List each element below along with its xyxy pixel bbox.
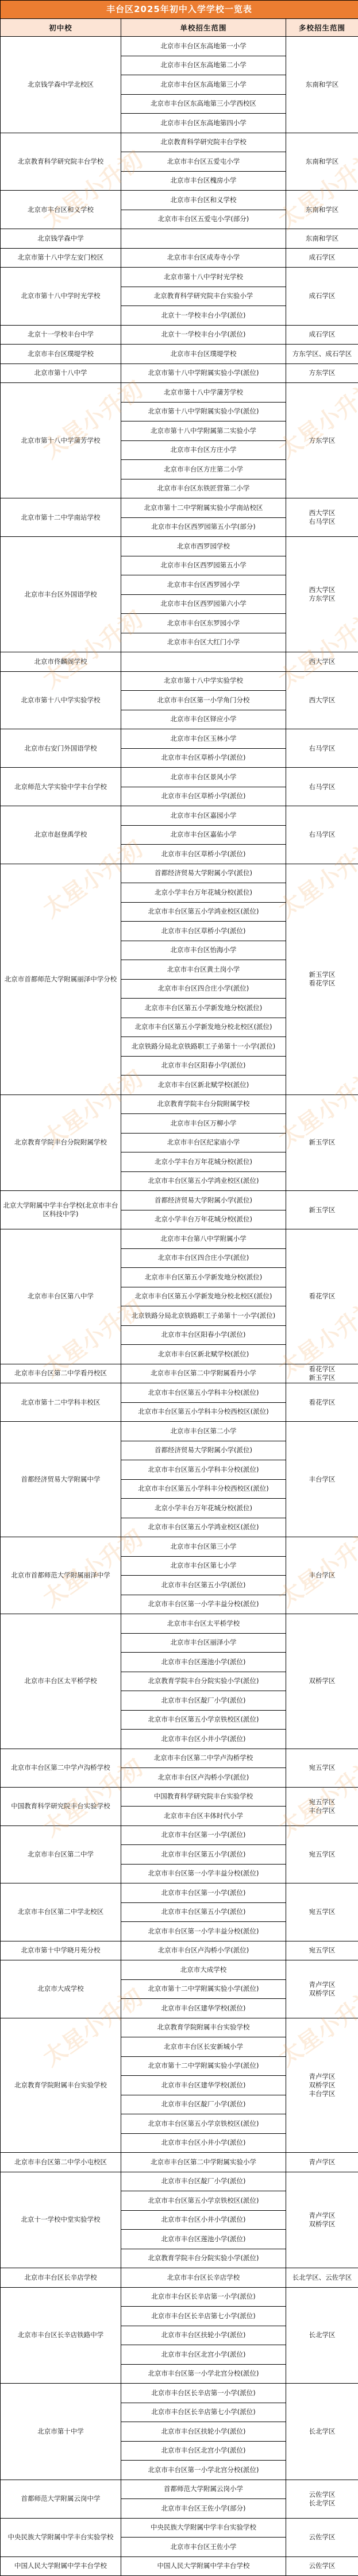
single-school-range-cell: 北京市丰台区卢沟桥小学(派位) (121, 1768, 286, 1788)
multi-school-range-cell: 云佐学区 长北学区 (286, 2480, 358, 2518)
multi-school-range-cell: 方东学区、成石学区 (286, 345, 358, 364)
single-school-range-cell: 北京市丰台区新北赋学校(派位) (121, 1076, 286, 1095)
multi-school-range-cell: 青卢学区 双桥学区 (286, 1960, 358, 2018)
middle-school-cell: 北京师范大学实验中学丰台学校 (1, 768, 121, 806)
single-school-range-cell: 北京市丰台区第五小学鸿业校区(派位) (121, 1171, 286, 1191)
single-school-range-cell: 北京市丰台区草桥小学(派位) (121, 922, 286, 941)
multi-school-range-cell: 长北学区 (286, 2287, 358, 2384)
table-row: 北京市佟麟阁学校西大学区 (1, 652, 358, 672)
single-school-range-cell: 北京市丰台区建华学校(派位) (121, 2076, 286, 2095)
header-single-school-range: 单校招生范围 (121, 19, 286, 37)
table-row: 北京市大成学校北京市大成学校青卢学区 双桥学区 (1, 1960, 358, 1980)
single-school-range-cell: 北京市丰台区铎应小学 (121, 710, 286, 729)
table-row: 北京钱学森中学北校区北京市丰台区东高地第一小学东南和学区 (1, 37, 358, 56)
multi-school-range-cell: 宛五学区 (286, 1883, 358, 1941)
single-school-range-cell: 北京教育科学研究院丰台学校 (121, 133, 286, 152)
single-school-range-cell: 北京市丰台区东高地第一小学 (121, 37, 286, 56)
table-row: 北京市右安门外国语学校北京市丰台区玉林小学右马学区 (1, 729, 358, 749)
middle-school-cell: 北京市丰台区第二中学卢沟桥学校 (1, 1749, 121, 1787)
single-school-range-cell: 北京市丰台区景风小学 (121, 768, 286, 787)
single-school-range-cell: 北京小学丰台万年花城分校(派位) (121, 883, 286, 903)
single-school-range-cell: 北京市丰台区第五小学科丰分校西校区(派位) (121, 1479, 286, 1499)
multi-school-range-cell: 西大学区 (286, 671, 358, 729)
single-school-range-cell: 北京市丰台区第五小学科丰分校(派位) (121, 1383, 286, 1403)
single-school-range-cell: 北京市丰台区第一小学北宫分校(派位) (121, 2461, 286, 2480)
middle-school-cell: 北京市丰台区第二中学小屯校区 (1, 2153, 121, 2172)
multi-school-range-cell: 新玉学区 (286, 1094, 358, 1191)
middle-school-cell: 北京市第十八中学 (1, 363, 121, 383)
single-school-range-cell: 北京市丰台区东高地第二小学 (121, 56, 286, 75)
multi-school-range-cell: 方东学区 (286, 383, 358, 498)
table-title: 丰台区2025年初中入学学校一览表 (1, 1, 358, 19)
single-school-range-cell: 北京十一学校丰台小学(派位) (121, 306, 286, 326)
table-row: 中央民族大学附属中学丰台实验学校中央民族大学附属中学丰台实验学校云佐学区 (1, 2518, 358, 2538)
single-school-range-cell: 北京市第十八中学附属实验小学(派位) (121, 402, 286, 421)
multi-school-range-cell: 丰台学区 (286, 1422, 358, 1537)
multi-school-range-cell: 云佐学区 (286, 2518, 358, 2556)
single-school-range-cell: 北京市丰台区第五小学科丰分校(派位) (121, 1460, 286, 1480)
middle-school-cell: 北京大学附属中学丰台学校(北京市丰台区科技中学) (1, 1191, 121, 1229)
single-school-range-cell: 北京市丰台区万柳小学 (121, 1114, 286, 1134)
single-school-range-cell: 中央民族大学附属中学丰台实验学校 (121, 2518, 286, 2538)
single-school-range-cell: 北京市丰台区长辛店第七小学(派位) (121, 2403, 286, 2422)
single-school-range-cell: 北京市丰台区阳春小学(派位) (121, 1056, 286, 1076)
single-school-range-cell: 北京市丰台区第二中学附属看丹小学 (121, 1364, 286, 1383)
single-school-range-cell: 北京市丰台区小井小学(派位) (121, 2133, 286, 2153)
single-school-range-cell: 北京市丰台区王佐小学 (121, 2538, 286, 2557)
single-school-range-cell: 北京市第十八中学实验学校 (121, 671, 286, 691)
single-school-range-cell: 北京市丰台区建华学校(派位) (121, 1999, 286, 2018)
single-school-range-cell: 北京市丰台区草桥小学(派位) (121, 748, 286, 768)
middle-school-cell: 北京市第十八中学左安门校区 (1, 248, 121, 268)
single-school-range-cell: 北京市丰台区西罗园第五小学(部分) (121, 517, 286, 537)
multi-school-range-cell: 青卢学区 (286, 2153, 358, 2172)
multi-school-range-cell: 东南和学区 (286, 133, 358, 191)
table-row: 北京市第十八中学北京市第十八中学附属实验小学(派位)方东学区 (1, 363, 358, 383)
table-row: 北京市丰台区第八中学北京市丰台第八中学附属小学看花学区 (1, 1229, 358, 1249)
middle-school-cell: 北京市右安门外国语学校 (1, 729, 121, 768)
single-school-range-cell: 北京市丰台区丽泽小学 (121, 1633, 286, 1653)
single-school-range-cell: 北京教育科学研究院丰台实验小学 (121, 287, 286, 306)
multi-school-range-cell: 西大学区 方东学区 (286, 537, 358, 652)
table-row: 北京市第十中学北京市丰台区长辛店第一小学(派位)长北学区 (1, 2384, 358, 2403)
table-row: 北京市丰台区太平桥学校北京市丰台区太平桥学校双桥学区 (1, 1614, 358, 1634)
middle-school-cell: 北京市丰台区外国语学校 (1, 537, 121, 652)
middle-school-cell: 北京市第十中学 (1, 2384, 121, 2480)
table-row: 北京市丰台区第二中学小屯校区北京市丰台区第二中学附属实验小学青卢学区 (1, 2153, 358, 2172)
single-school-range-cell: 北京市丰台区第五小学鸿业校区(派位) (121, 1518, 286, 1537)
single-school-range-cell: 北京十一学校丰台小学(派位) (121, 325, 286, 345)
single-school-range-cell: 北京市第十二中学附属实验小学南站校区 (121, 498, 286, 518)
single-school-range-cell: 北京市丰台区第五小学京铁校区(派位) (121, 1710, 286, 1730)
multi-school-range-cell: 青卢学区 双桥学区 (286, 2172, 358, 2268)
multi-school-range-cell: 成石学区 (286, 325, 358, 345)
single-school-range-cell: 北京市丰台区五爱屯小学 (121, 152, 286, 172)
single-school-range-cell: 北京市丰台区小井小学(派位) (121, 2210, 286, 2230)
single-school-range-cell: 北京市丰台区第一小学(派位) (121, 1883, 286, 1903)
single-school-range-cell: 北京教育学院丰台分院附属学校 (121, 1094, 286, 1114)
middle-school-cell: 北京教育学院丰台分院附属学校 (1, 1094, 121, 1191)
multi-school-range-cell: 青卢学区 双桥学区 丰台学区 (286, 2018, 358, 2153)
single-school-range-cell: 北京市丰台区第五小学新发地分校北校区(派位) (121, 1018, 286, 1037)
multi-school-range-cell: 长北学区 (286, 2384, 358, 2480)
single-school-range-cell: 北京市丰台区扶轮小学(派位) (121, 2422, 286, 2442)
single-school-range-cell: 北京市丰台区西罗园小学 (121, 575, 286, 595)
multi-school-range-cell: 方东学区 (286, 363, 358, 383)
single-school-range-cell: 北京市丰台区第一小学丰益分校(派位) (121, 1595, 286, 1614)
single-school-range-cell: 北京市丰台区第五小学新发地分校北校区(派位) (121, 1287, 286, 1306)
middle-school-cell: 北京市赵登禹学校 (1, 806, 121, 864)
multi-school-range-cell: 宛五学区 (286, 1941, 358, 1960)
table-row: 北京市丰台区璞堤学校北京市丰台区璞堤学校方东学区、成石学区 (1, 345, 358, 364)
middle-school-cell: 北京市第十八中学蒲芳学校 (1, 383, 121, 498)
single-school-range-cell: 北京市丰台区玉林小学 (121, 729, 286, 749)
middle-school-cell: 首都经济贸易大学附属中学 (1, 1422, 121, 1537)
table-row: 北京市丰台区第二中学北京市丰台区第一小学(派位)宛五学区 (1, 1825, 358, 1845)
single-school-range-cell: 北京市丰台区第五小学京铁校区(派位) (121, 2114, 286, 2134)
single-school-range-cell: 北京市丰台区第一小学丰益分校(派位) (121, 1922, 286, 1941)
single-school-range-cell: 北京市第十八中学附属第二实验小学 (121, 421, 286, 441)
single-school-range-cell (121, 229, 286, 249)
table-row: 北京市第十二中学科丰校区北京市丰台区第五小学科丰分校(派位)看花学区 (1, 1383, 358, 1403)
table-row: 首都经济贸易大学附属中学北京市丰台区第二小学丰台学区 (1, 1422, 358, 1441)
single-school-range-cell: 北京市丰台区纪家庙小学 (121, 1133, 286, 1152)
middle-school-cell: 北京市第十八中学时光学校 (1, 268, 121, 326)
table-row: 北京市第十八中学蒲芳学校北京市第十八中学蒲芳学校方东学区 (1, 383, 358, 403)
single-school-range-cell: 北京市丰台区第五小学科丰分校西校区(派位) (121, 1402, 286, 1422)
table-row: 北京市丰台区外国语学校北京市西罗园学校西大学区 方东学区 (1, 537, 358, 556)
middle-school-cell: 北京市丰台区和义学校 (1, 191, 121, 229)
enrollment-document: 丰台区2025年初中入学学校一览表 初中校 单校招生范围 多校招生范围 北京钱学… (0, 0, 358, 2576)
single-school-range-cell: 北京市第十二中学附属实验小学(派位) (121, 2056, 286, 2076)
single-school-range-cell: 北京市丰台区五爱屯小学(部分) (121, 210, 286, 229)
single-school-range-cell: 北京市丰台区四合庄小学(派位) (121, 979, 286, 999)
table-row: 北京教育学院附属丰台实验学校北京教育学院附属丰台实验学校青卢学区 双桥学区 丰台… (1, 2018, 358, 2037)
header-multi-school-range: 多校招生范围 (286, 19, 358, 37)
single-school-range-cell: 中国教育科学研究院丰台实验学校 (121, 1787, 286, 1807)
multi-school-range-cell: 看花学区 (286, 1229, 358, 1364)
single-school-range-cell: 北京市丰台区第一小学丰益分校(派位) (121, 1864, 286, 1883)
middle-school-cell: 北京市第十八中学实验学校 (1, 671, 121, 729)
middle-school-cell: 北京市第十二中学南站学校 (1, 498, 121, 537)
single-school-range-cell: 北京市丰台区第五小学鸿业校区(派位) (121, 902, 286, 922)
single-school-range-cell: 北京市丰台区北宫小学(派位) (121, 2345, 286, 2365)
single-school-range-cell: 北京市丰台区第三小学 (121, 1537, 286, 1557)
middle-school-cell: 北京市佟麟阁学校 (1, 652, 121, 672)
single-school-range-cell: 北京市丰台区丰体时代小学 (121, 1807, 286, 1826)
single-school-range-cell: 北京市丰台区长辛店第一小学(派位) (121, 2287, 286, 2307)
single-school-range-cell: 中国人民大学附属中学丰台学校 (121, 2556, 286, 2576)
single-school-range-cell: 北京市丰台区西罗园第五小学 (121, 556, 286, 575)
single-school-range-cell: 北京市丰台区长安新城小学 (121, 2037, 286, 2057)
multi-school-range-cell: 东南和学区 (286, 37, 358, 133)
single-school-range-cell: 北京市第十八中学蒲芳学校 (121, 383, 286, 403)
table-row: 北京十一学校丰台中学北京十一学校丰台小学(派位)成石学区 (1, 325, 358, 345)
single-school-range-cell: 北京市丰台区第五小学(派位) (121, 1902, 286, 1922)
single-school-range-cell: 北京市丰台区第二中学卢沟桥学校 (121, 1749, 286, 1768)
middle-school-cell: 北京钱学森中学北校区 (1, 37, 121, 133)
enrollment-table: 丰台区2025年初中入学学校一览表 初中校 单校招生范围 多校招生范围 北京钱学… (0, 0, 358, 2576)
single-school-range-cell: 北京教育学院丰台分院实验小学(派位) (121, 1672, 286, 1691)
table-row: 北京市第十中学晓月苑分校北京市丰台区卢沟桥小学(派位)宛五学区 (1, 1941, 358, 1960)
single-school-range-cell: 北京市第十八中学时光学校 (121, 268, 286, 287)
single-school-range-cell: 北京教育学院丰台分院实验小学(派位) (121, 2249, 286, 2268)
table-row: 北京十一学校中堂实验学校北京市丰台区靛厂小学(派位)青卢学区 双桥学区 (1, 2172, 358, 2191)
table-row: 北京钱学森中学东南和学区 (1, 229, 358, 249)
table-row: 北京师范大学实验中学丰台学校北京市丰台区景风小学右马学区 (1, 768, 358, 787)
single-school-range-cell: 北京市丰台区璞堤学校 (121, 345, 286, 364)
multi-school-range-cell: 长北学区、云佐学区 (286, 2268, 358, 2288)
single-school-range-cell: 北京市丰台区怡海小学 (121, 941, 286, 960)
single-school-range-cell: 北京市丰台区长辛店第一小学(派位) (121, 2384, 286, 2403)
single-school-range-cell: 北京市丰台区长辛店第七小学(派位) (121, 2307, 286, 2326)
single-school-range-cell: 北京市丰台区靛厂小学(派位) (121, 1691, 286, 1711)
single-school-range-cell: 北京市丰台区第五小学(派位) (121, 1576, 286, 1595)
table-row: 北京教育科学研究院丰台学校北京教育科学研究院丰台学校东南和学区 (1, 133, 358, 152)
multi-school-range-cell: 成石学区 (286, 248, 358, 268)
multi-school-range-cell: 西大学区 右马学区 (286, 498, 358, 537)
single-school-range-cell: 北京市丰台区新北赋学校(派位) (121, 1345, 286, 1364)
multi-school-range-cell: 右马学区 (286, 806, 358, 864)
single-school-range-cell: 北京市丰台区东高地第四小学 (121, 114, 286, 133)
middle-school-cell: 首都师范大学附属云岗中学 (1, 2480, 121, 2518)
multi-school-range-cell: 新玉学区 (286, 1191, 358, 1229)
multi-school-range-cell: 东南和学区 (286, 191, 358, 229)
middle-school-cell: 北京市丰台区长辛店铁路中学 (1, 2287, 121, 2384)
single-school-range-cell: 北京市丰台区靛厂小学(派位) (121, 2172, 286, 2191)
single-school-range-cell: 北京市丰台区黄土岗小学 (121, 960, 286, 980)
table-row: 北京市首都师范大学附属丽泽中学分校首都经济贸易大学附属小学(派位)新玉学区 看花… (1, 864, 358, 883)
table-row: 北京市丰台区第二中学看丹校区北京市丰台区第二中学附属看丹小学看花学区 新玉学区 (1, 1364, 358, 1383)
single-school-range-cell: 北京市丰台区西罗园第六小学 (121, 594, 286, 614)
table-row: 北京市丰台区长辛店学校北京市丰台区长辛店学校长北学区、云佐学区 (1, 2268, 358, 2288)
single-school-range-cell: 北京市丰台区莲池小学(派位) (121, 2230, 286, 2249)
middle-school-cell: 北京市丰台区第八中学 (1, 1229, 121, 1364)
single-school-range-cell: 首都经济贸易大学附属小学(派位) (121, 864, 286, 883)
single-school-range-cell: 北京市丰台区第一小学角门分校 (121, 691, 286, 710)
single-school-range-cell: 北京市丰台区大红门小学 (121, 633, 286, 652)
single-school-range-cell: 首都师范大学附属云岗小学 (121, 2480, 286, 2499)
single-school-range-cell: 北京市丰台区东高地第三小学 (121, 75, 286, 95)
single-school-range-cell: 北京市丰台区第五小学新发地分校(派位) (121, 999, 286, 1018)
single-school-range-cell: 北京市丰台区小井小学(派位) (121, 1730, 286, 1749)
single-school-range-cell: 北京市丰台区第五小学京铁校区(派位) (121, 2191, 286, 2211)
single-school-range-cell: 北京市丰台区北宫小学(派位) (121, 2441, 286, 2461)
single-school-range-cell: 北京市第十二中学附属实验小学(派位) (121, 1979, 286, 1999)
single-school-range-cell: 北京市丰台区卢沟桥小学(派位) (121, 1941, 286, 1960)
table-row: 北京市丰台区第二中学卢沟桥学校北京市丰台区第二中学卢沟桥学校宛五学区 (1, 1749, 358, 1768)
single-school-range-cell: 北京市丰台区方庄第二小学 (121, 460, 286, 479)
table-row: 北京市首都师范大学附属丽泽中学北京市丰台区第三小学丰台学区 (1, 1537, 358, 1557)
multi-school-range-cell: 丰台学区 (286, 1537, 358, 1614)
table-row: 中国教育科学研究院丰台实验学校中国教育科学研究院丰台实验学校宛五学区 丰台学区 (1, 1787, 358, 1807)
middle-school-cell: 北京市丰台区第二中学 (1, 1825, 121, 1883)
single-school-range-cell: 北京市丰台区王佐小学(部分) (121, 2499, 286, 2519)
table-row: 北京市丰台区长辛店铁路中学北京市丰台区长辛店第一小学(派位)长北学区 (1, 2287, 358, 2307)
multi-school-range-cell: 宛五学区 (286, 1825, 358, 1883)
single-school-range-cell: 北京市丰台区第五小学(派位) (121, 1845, 286, 1865)
middle-school-cell: 北京市丰台区璞堤学校 (1, 345, 121, 364)
middle-school-cell: 北京十一学校丰台中学 (1, 325, 121, 345)
header-middle-school: 初中校 (1, 19, 121, 37)
middle-school-cell: 北京市第十二中学科丰校区 (1, 1383, 121, 1422)
single-school-range-cell: 北京市丰台区槐房小学 (121, 171, 286, 191)
table-body: 北京钱学森中学北校区北京市丰台区东高地第一小学东南和学区北京市丰台区东高地第二小… (1, 37, 358, 2576)
middle-school-cell: 北京市丰台区第二中学看丹校区 (1, 1364, 121, 1383)
multi-school-range-cell: 看花学区 (286, 1383, 358, 1422)
multi-school-range-cell: 成石学区 (286, 268, 358, 326)
middle-school-cell: 北京钱学森中学 (1, 229, 121, 249)
single-school-range-cell: 首都经济贸易大学附属小学(派位) (121, 1191, 286, 1210)
middle-school-cell: 中国教育科学研究院丰台实验学校 (1, 1787, 121, 1825)
multi-school-range-cell: 宛五学区 丰台学区 (286, 1787, 358, 1825)
single-school-range-cell: 北京市丰台区太平桥学校 (121, 1614, 286, 1634)
single-school-range-cell: 北京市丰台区扶轮小学(派位) (121, 2326, 286, 2345)
multi-school-range-cell: 西大学区 (286, 652, 358, 672)
single-school-range-cell: 北京市丰台区第二小学 (121, 1422, 286, 1441)
single-school-range-cell: 北京市丰台区长辛店学校 (121, 2268, 286, 2288)
single-school-range-cell: 北京市丰台区第五小学新发地分校(派位) (121, 1268, 286, 1287)
single-school-range-cell: 北京市丰台区东罗园小学 (121, 614, 286, 633)
single-school-range-cell: 北京市西罗园学校 (121, 537, 286, 556)
single-school-range-cell: 北京市丰台区第二中学附属实验小学 (121, 2153, 286, 2172)
single-school-range-cell: 首都经济贸易大学附属小学(派位) (121, 1441, 286, 1460)
middle-school-cell: 北京教育科学研究院丰台学校 (1, 133, 121, 191)
middle-school-cell: 中国人民大学附属中学丰台学校 (1, 2556, 121, 2576)
multi-school-range-cell: 右马学区 (286, 768, 358, 806)
single-school-range-cell: 北京市丰台第八中学附属小学 (121, 1229, 286, 1249)
middle-school-cell: 北京市丰台区太平桥学校 (1, 1614, 121, 1749)
single-school-range-cell: 北京市丰台区莲池小学(派位) (121, 1653, 286, 1672)
table-row: 中国人民大学附属中学丰台学校中国人民大学附属中学丰台学校云佐学区 (1, 2556, 358, 2576)
single-school-range-cell: 北京市大成学校 (121, 1960, 286, 1980)
single-school-range-cell: 北京小学丰台万年花城分校(派位) (121, 1152, 286, 1172)
table-row: 北京市丰台区第二中学北校区北京市丰台区第一小学(派位)宛五学区 (1, 1883, 358, 1903)
middle-school-cell: 中央民族大学附属中学丰台实验学校 (1, 2518, 121, 2556)
single-school-range-cell: 北京市丰台区第一小学(派位) (121, 1825, 286, 1845)
single-school-range-cell: 北京市丰台区嘉佑小学 (121, 825, 286, 845)
single-school-range-cell: 北京市丰台区阳春小学(派位) (121, 1325, 286, 1345)
single-school-range-cell: 北京小学丰台万年花城分校(派位) (121, 1210, 286, 1229)
multi-school-range-cell: 东南和学区 (286, 229, 358, 249)
middle-school-cell: 北京市首都师范大学附属丽泽中学分校 (1, 864, 121, 1094)
table-row: 北京市第十八中学左安门校区北京市丰台区成寿寺小学成石学区 (1, 248, 358, 268)
single-school-range-cell (121, 652, 286, 672)
multi-school-range-cell: 新玉学区 看花学区 (286, 864, 358, 1094)
single-school-range-cell: 北京铁路分局北京铁路职工子弟第十一小学(派位) (121, 1306, 286, 1326)
table-row: 北京市第十八中学时光学校北京市第十八中学时光学校成石学区 (1, 268, 358, 287)
middle-school-cell: 北京十一学校中堂实验学校 (1, 2172, 121, 2268)
single-school-range-cell: 北京市丰台区东高地第三小学西校区 (121, 94, 286, 114)
middle-school-cell: 北京市大成学校 (1, 1960, 121, 2018)
single-school-range-cell: 北京市丰台区第一小学北宫分校(派位) (121, 2364, 286, 2384)
middle-school-cell: 北京教育学院附属丰台实验学校 (1, 2018, 121, 2153)
multi-school-range-cell: 宛五学区 (286, 1749, 358, 1787)
middle-school-cell: 北京市首都师范大学附属丽泽中学 (1, 1537, 121, 1614)
multi-school-range-cell: 云佐学区 (286, 2556, 358, 2576)
middle-school-cell: 北京市丰台区第二中学北校区 (1, 1883, 121, 1941)
single-school-range-cell: 北京小学丰台万年花城分校(派位) (121, 1499, 286, 1518)
single-school-range-cell: 北京市丰台区成寿寺小学 (121, 248, 286, 268)
single-school-range-cell: 北京市丰台区靛厂小学(派位) (121, 2095, 286, 2114)
table-row: 北京市丰台区和义学校北京市丰台区和义学校东南和学区 (1, 191, 358, 210)
single-school-range-cell: 北京市丰台区草桥小学(派位) (121, 787, 286, 806)
table-row: 北京大学附属中学丰台学校(北京市丰台区科技中学)首都经济贸易大学附属小学(派位)… (1, 1191, 358, 1210)
middle-school-cell: 北京市丰台区长辛店学校 (1, 2268, 121, 2288)
multi-school-range-cell: 双桥学区 (286, 1614, 358, 1749)
single-school-range-cell: 北京教育学院附属丰台实验学校 (121, 2018, 286, 2037)
single-school-range-cell: 北京市第十八中学附属实验小学(派位) (121, 363, 286, 383)
single-school-range-cell: 北京市丰台区第七小学 (121, 1556, 286, 1576)
multi-school-range-cell: 右马学区 (286, 729, 358, 768)
single-school-range-cell: 北京市丰台区和义学校 (121, 191, 286, 210)
middle-school-cell: 北京市第十中学晓月苑分校 (1, 1941, 121, 1960)
single-school-range-cell: 北京市丰台区东铁匠营第二小学 (121, 479, 286, 498)
table-row: 北京市赵登禹学校北京市丰台区嘉园小学右马学区 (1, 806, 358, 826)
table-row: 北京市第十二中学南站学校北京市第十二中学附属实验小学南站校区西大学区 右马学区 (1, 498, 358, 518)
table-row: 北京市第十八中学实验学校北京市第十八中学实验学校西大学区 (1, 671, 358, 691)
single-school-range-cell: 北京市丰台区嘉园小学 (121, 806, 286, 826)
table-row: 北京教育学院丰台分院附属学校北京教育学院丰台分院附属学校新玉学区 (1, 1094, 358, 1114)
single-school-range-cell: 北京市丰台区四合庄小学(派位) (121, 1248, 286, 1268)
single-school-range-cell: 北京市丰台区草桥小学(派位) (121, 845, 286, 864)
multi-school-range-cell: 看花学区 新玉学区 (286, 1364, 358, 1383)
single-school-range-cell: 北京铁路分局北京铁路职工子弟第十一小学(派位) (121, 1037, 286, 1057)
single-school-range-cell: 北京市丰台区方庄小学 (121, 440, 286, 460)
table-row: 首都师范大学附属云岗中学首都师范大学附属云岗小学云佐学区 长北学区 (1, 2480, 358, 2499)
